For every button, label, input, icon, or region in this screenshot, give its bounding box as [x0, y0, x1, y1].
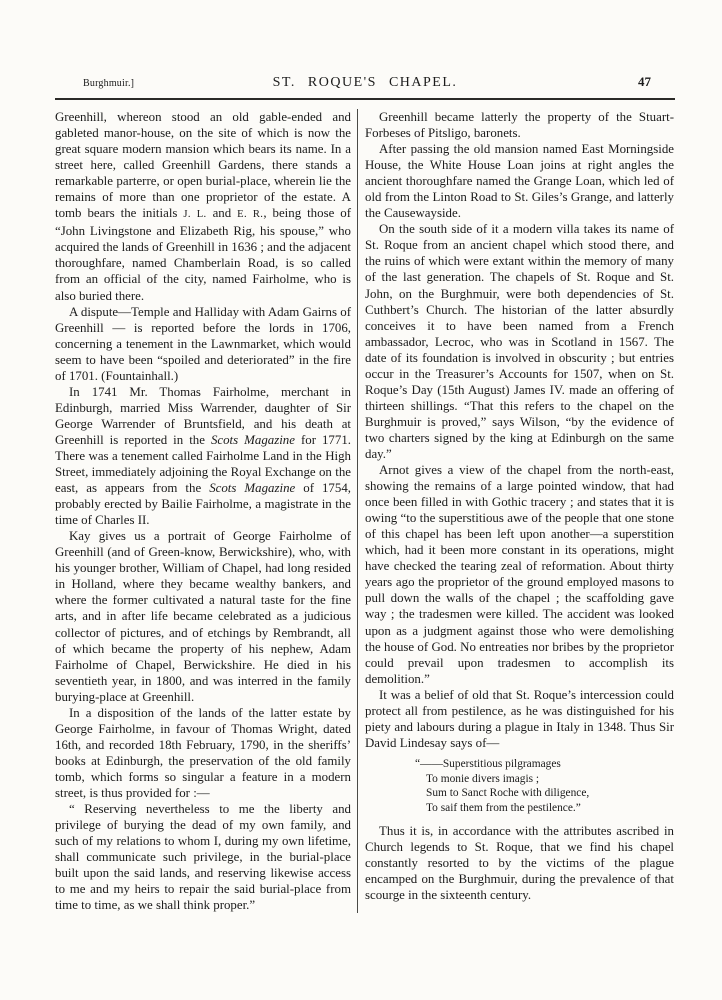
column-divider-rule	[357, 109, 358, 913]
text-columns: Greenhill, whereon stood an old gable-en…	[55, 109, 675, 913]
paragraph: A dispute—Temple and Halliday with Adam …	[55, 304, 351, 384]
paragraph: Greenhill, whereon stood an old gable-en…	[55, 109, 351, 304]
left-column: Greenhill, whereon stood an old gable-en…	[55, 109, 351, 913]
paragraph: On the south side of it a modern villa t…	[365, 221, 674, 462]
paragraph: In a disposition of the lands of the lat…	[55, 705, 351, 801]
running-head: Burghmuir.] ST. ROQUE'S CHAPEL. 47	[55, 74, 675, 91]
paragraph: Arnot gives a view of the chapel from th…	[365, 462, 674, 687]
header-rule	[55, 98, 675, 100]
page-title: ST. ROQUE'S CHAPEL.	[273, 75, 458, 91]
paragraph: In 1741 Mr. Thomas Fairholme, merchant i…	[55, 384, 351, 528]
paragraph: Kay gives us a portrait of George Fairho…	[55, 528, 351, 705]
verse-quotation: “——Superstitious pilgramages To monie di…	[415, 757, 674, 816]
paragraph: It was a belief of old that St. Roque’s …	[365, 687, 674, 751]
paragraph: Thus it is, in accordance with the attri…	[365, 823, 674, 903]
right-column: Greenhill became latterly the property o…	[365, 109, 674, 913]
verse-line: “——Superstitious pilgramages	[415, 757, 674, 772]
paragraph: “ Reserving nevertheless to me the liber…	[55, 801, 351, 913]
section-label: Burghmuir.]	[55, 78, 273, 89]
right-column-upper: Greenhill became latterly the property o…	[365, 109, 674, 751]
page-number: 47	[457, 74, 675, 90]
right-column-lower: Thus it is, in accordance with the attri…	[365, 823, 674, 903]
paragraph: After passing the old mansion named East…	[365, 141, 674, 221]
verse-line: Sum to Sanct Roche with diligence,	[426, 786, 674, 801]
paragraph: Greenhill became latterly the property o…	[365, 109, 674, 141]
verse-line: To saif them from the pestilence.”	[426, 801, 674, 816]
page-content: Burghmuir.] ST. ROQUE'S CHAPEL. 47 Green…	[55, 74, 675, 913]
book-page: Burghmuir.] ST. ROQUE'S CHAPEL. 47 Green…	[0, 0, 722, 1000]
verse-line: To monie divers imagis ;	[426, 772, 674, 787]
